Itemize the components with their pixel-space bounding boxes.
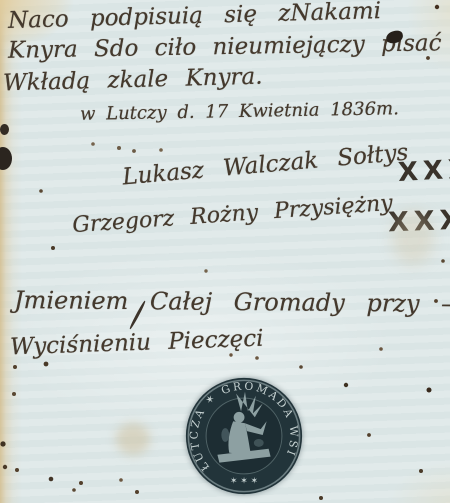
signature-x-marks-soltys: XXX [397,154,450,188]
ink-blot-left-small [0,124,9,135]
manuscript-dateline: w Lutczy d. 17 Kwietnia 1836m. [80,98,399,125]
manuscript-line-3: Wkładą zkale Knyra. [3,64,263,97]
paper-smudge-bottom [116,423,150,455]
signature-soltys: Lukasz Walczak Sołtys [121,140,409,191]
signature-przysiezny: Grzegorz Rożny Przysiężny [72,191,394,238]
manuscript-line-7: Jmieniem Całej Gromady przy — [14,286,450,318]
village-seal: ŁUTCZA ✶ GROMADA WSI ✶ ✶ ✶ [180,372,308,500]
manuscript-line-1: Naco podpisuią się zNakami [8,0,382,34]
seal-legend-stars: ✶ ✶ ✶ [230,476,258,486]
manuscript-line-2: Knyra Sdo ciło nieumiejączy pisać [8,30,442,64]
ink-blot-left-large [0,147,12,170]
manuscript-line-8: Wyciśnieniu Pieczęci [10,326,264,361]
manuscript-page: Naco podpisuią się zNakami Knyra Sdo cił… [0,0,450,503]
paper-smudge-right [392,210,434,265]
paper-specks [0,0,2,2]
